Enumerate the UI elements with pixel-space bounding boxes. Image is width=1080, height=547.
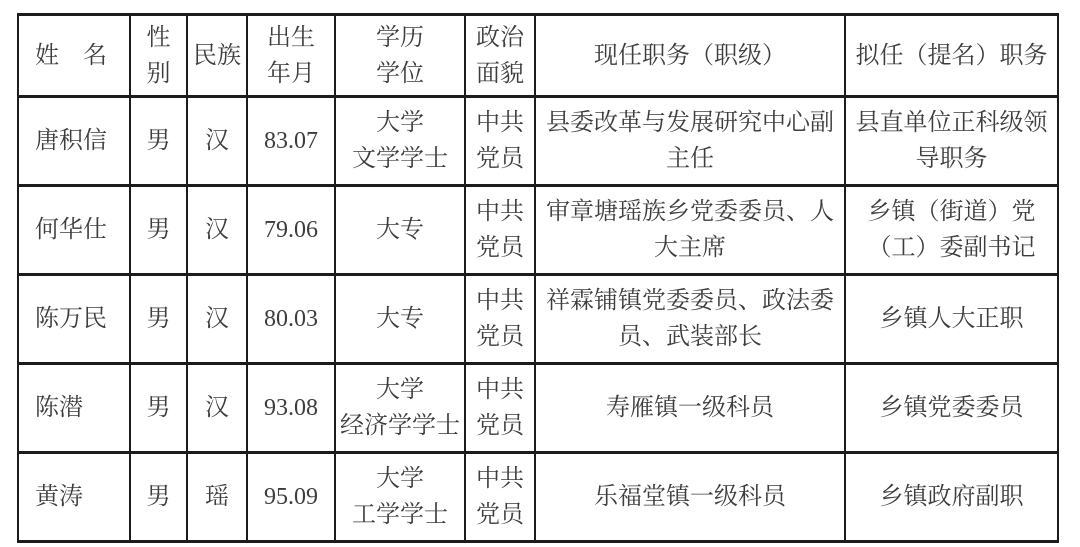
header-birth-date: 出生 年月 <box>247 15 335 97</box>
header-education-degree: 学历 学位 <box>335 15 465 97</box>
cell-education-degree: 大学 工学学士 <box>335 453 465 542</box>
cell-birth-date: 79.06 <box>247 186 335 275</box>
cell-name: 陈潜 <box>18 364 130 453</box>
table-row: 何华仕 男 汉 79.06 大专 中共 党员 审章塘瑶族乡党委委员、人大主席 乡… <box>18 186 1058 275</box>
header-ethnicity: 民族 <box>187 15 247 97</box>
table-row: 黄涛 男 瑶 95.09 大学 工学学士 中共 党员 乐福堂镇一级科员 乡镇政府… <box>18 453 1058 542</box>
cell-birth-date: 95.09 <box>247 453 335 542</box>
cell-education-degree: 大学 经济学学士 <box>335 364 465 453</box>
cell-proposed-position: 乡镇党委委员 <box>845 364 1058 453</box>
header-row: 姓 名 性别 民族 出生 年月 学历 学位 政治 面貌 现任职务（职级） 拟任（… <box>18 15 1058 97</box>
cell-political-status: 中共 党员 <box>465 275 535 364</box>
header-current-position: 现任职务（职级） <box>535 15 845 97</box>
cell-gender: 男 <box>130 364 187 453</box>
cell-ethnicity: 瑶 <box>187 453 247 542</box>
header-proposed-position: 拟任（提名）职务 <box>845 15 1058 97</box>
cell-gender: 男 <box>130 275 187 364</box>
header-gender: 性别 <box>130 15 187 97</box>
cell-current-position: 审章塘瑶族乡党委委员、人大主席 <box>535 186 845 275</box>
cell-current-position: 寿雁镇一级科员 <box>535 364 845 453</box>
cell-ethnicity: 汉 <box>187 97 247 186</box>
cell-political-status: 中共 党员 <box>465 364 535 453</box>
cell-current-position: 祥霖铺镇党委委员、政法委员、武装部长 <box>535 275 845 364</box>
cell-name: 何华仕 <box>18 186 130 275</box>
cell-gender: 男 <box>130 186 187 275</box>
cell-birth-date: 93.08 <box>247 364 335 453</box>
cell-proposed-position: 县直单位正科级领导职务 <box>845 97 1058 186</box>
cell-gender: 男 <box>130 453 187 542</box>
table-row: 陈万民 男 汉 80.03 大专 中共 党员 祥霖铺镇党委委员、政法委员、武装部… <box>18 275 1058 364</box>
cell-current-position: 县委改革与发展研究中心副主任 <box>535 97 845 186</box>
cell-proposed-position: 乡镇政府副职 <box>845 453 1058 542</box>
cell-political-status: 中共 党员 <box>465 186 535 275</box>
cell-current-position: 乐福堂镇一级科员 <box>535 453 845 542</box>
cell-political-status: 中共 党员 <box>465 97 535 186</box>
cell-gender: 男 <box>130 97 187 186</box>
table-row: 唐积信 男 汉 83.07 大学 文学学士 中共 党员 县委改革与发展研究中心副… <box>18 97 1058 186</box>
cell-ethnicity: 汉 <box>187 275 247 364</box>
cell-birth-date: 83.07 <box>247 97 335 186</box>
cell-name: 陈万民 <box>18 275 130 364</box>
cell-ethnicity: 汉 <box>187 186 247 275</box>
cell-education-degree: 大专 <box>335 186 465 275</box>
cell-proposed-position: 乡镇（街道）党（工）委副书记 <box>845 186 1058 275</box>
cell-name: 黄涛 <box>18 453 130 542</box>
header-political-status: 政治 面貌 <box>465 15 535 97</box>
cell-birth-date: 80.03 <box>247 275 335 364</box>
cell-name: 唐积信 <box>18 97 130 186</box>
cell-education-degree: 大学 文学学士 <box>335 97 465 186</box>
cell-political-status: 中共 党员 <box>465 453 535 542</box>
header-name: 姓 名 <box>18 15 130 97</box>
cell-proposed-position: 乡镇人大正职 <box>845 275 1058 364</box>
table-row: 陈潜 男 汉 93.08 大学 经济学学士 中共 党员 寿雁镇一级科员 乡镇党委… <box>18 364 1058 453</box>
document-page: 姓 名 性别 民族 出生 年月 学历 学位 政治 面貌 现任职务（职级） 拟任（… <box>0 0 1080 547</box>
personnel-table: 姓 名 性别 民族 出生 年月 学历 学位 政治 面貌 现任职务（职级） 拟任（… <box>17 13 1059 543</box>
cell-education-degree: 大专 <box>335 275 465 364</box>
cell-ethnicity: 汉 <box>187 364 247 453</box>
